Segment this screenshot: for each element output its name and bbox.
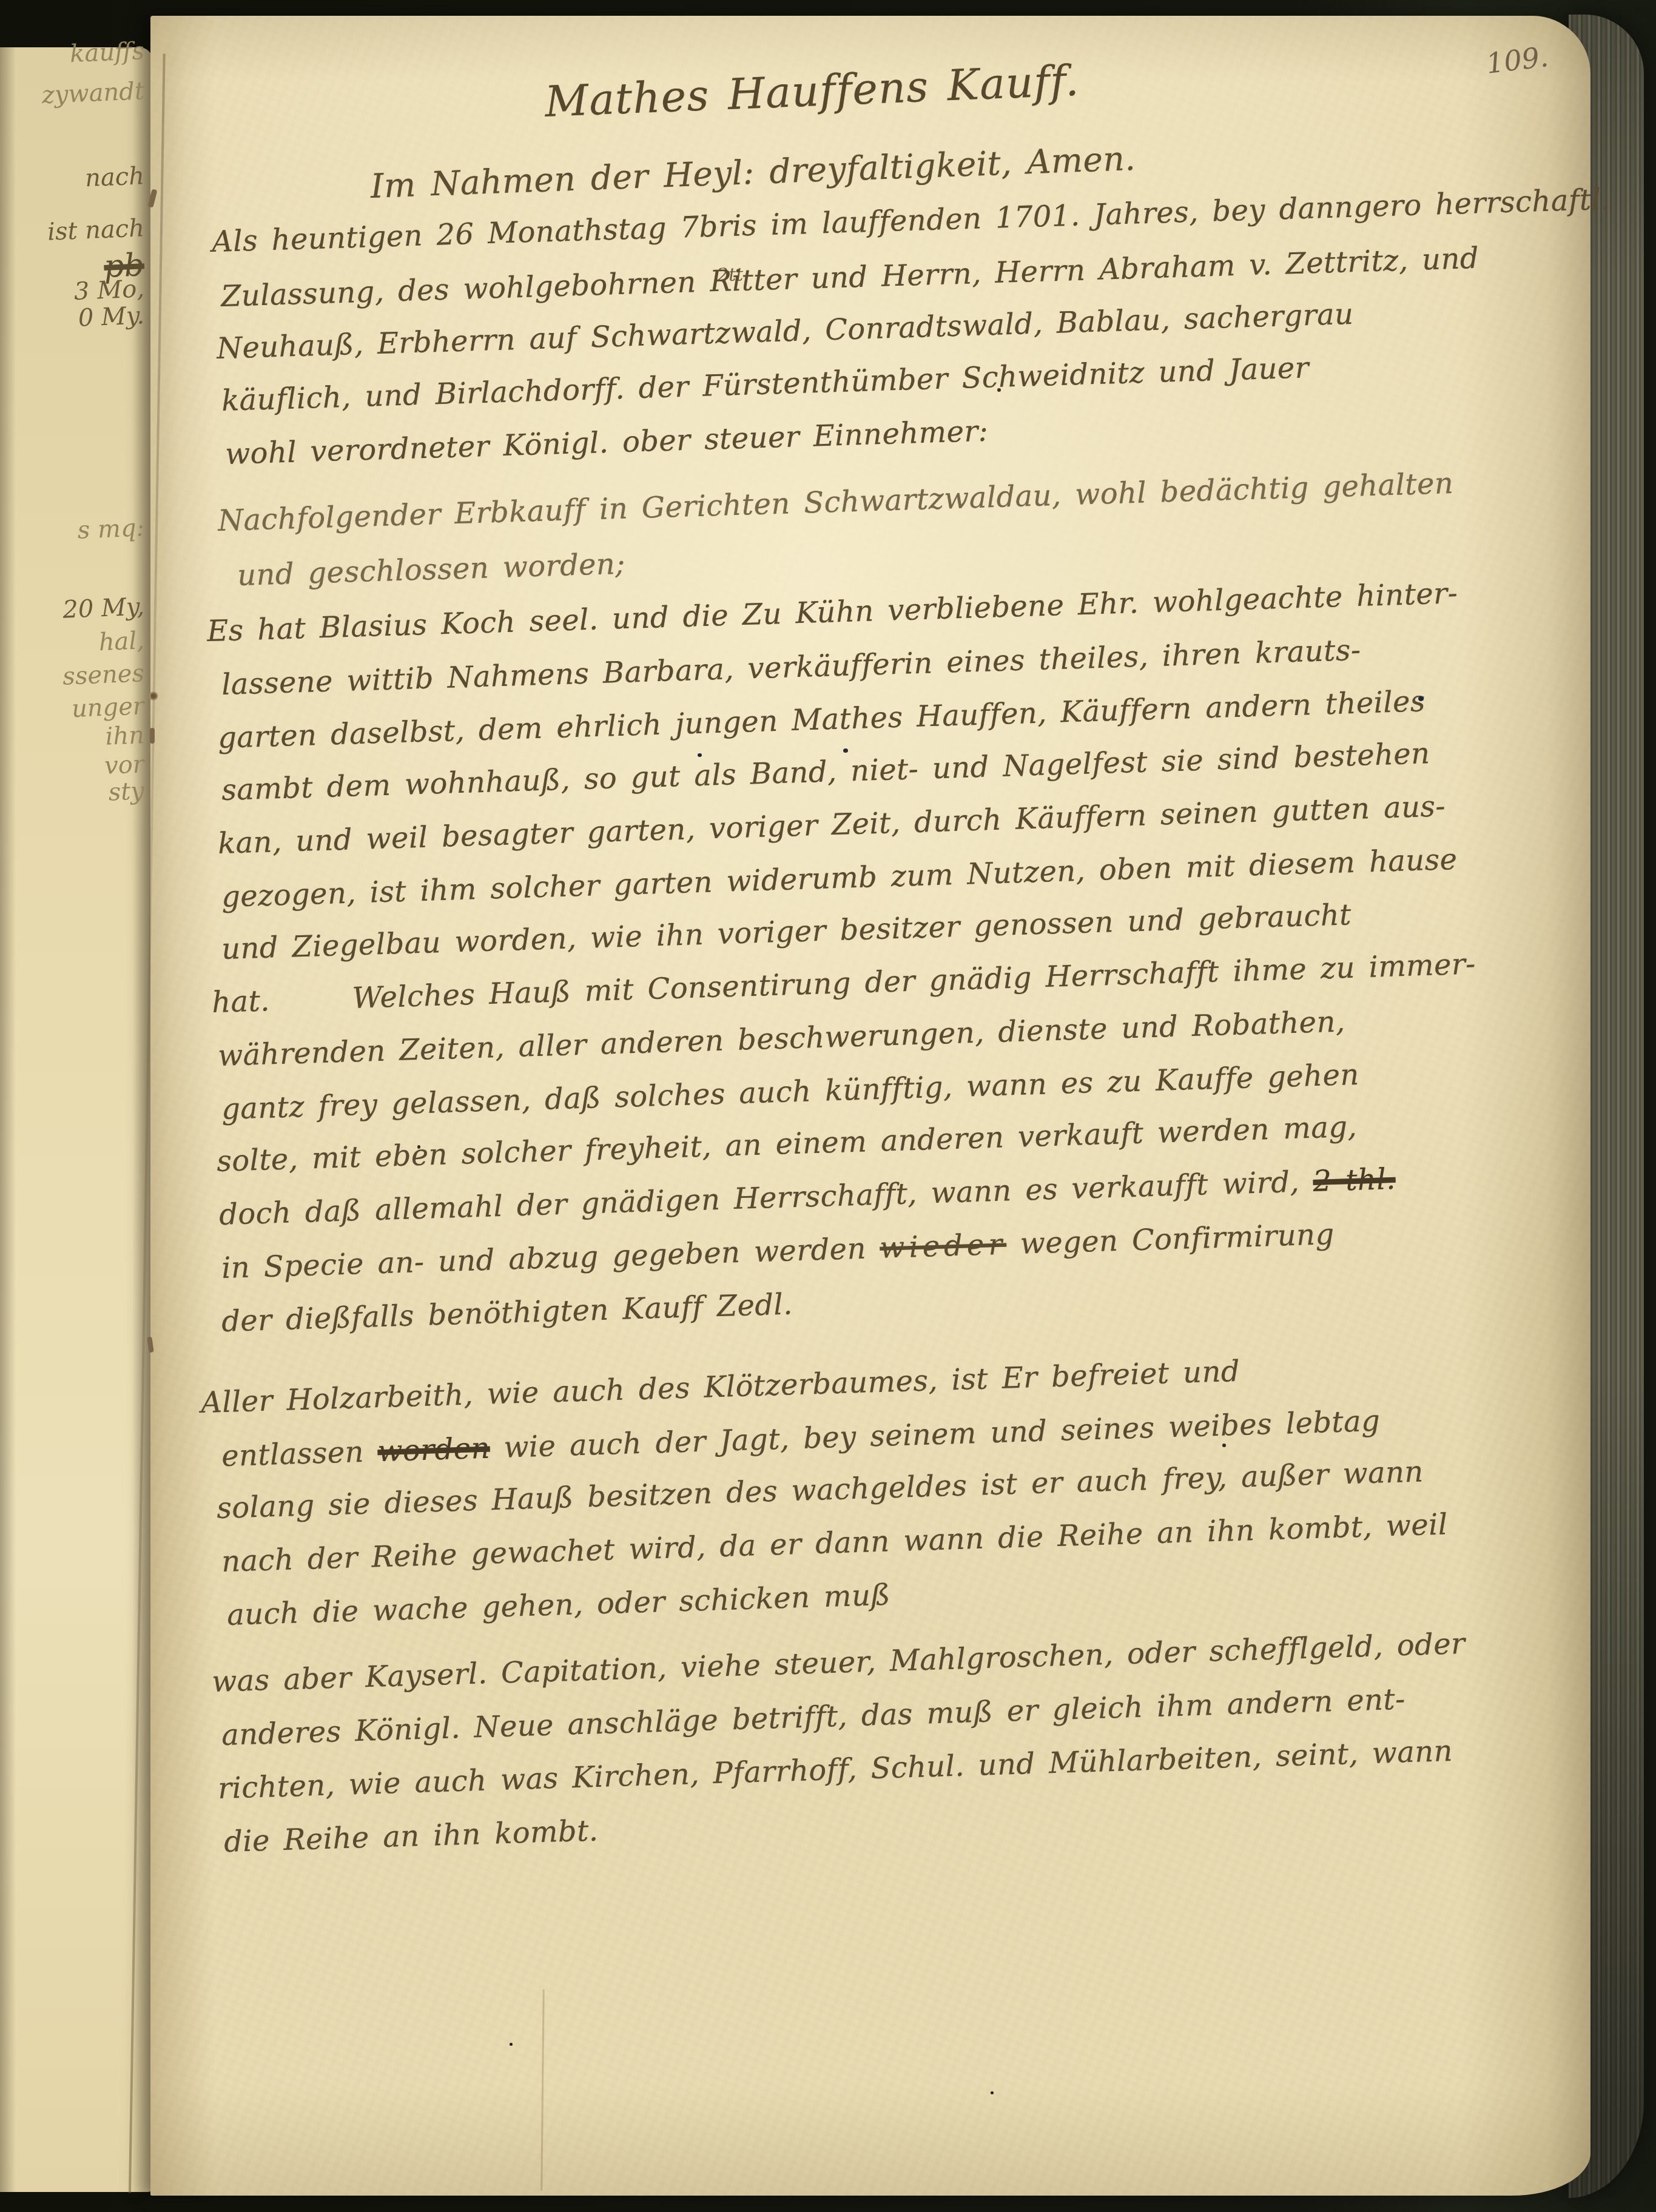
struck-text: worden bbox=[377, 1431, 491, 1469]
margin-fragment: s mq: bbox=[4, 514, 145, 548]
margin-fragment: hal, bbox=[4, 627, 145, 661]
line-text: entlassen bbox=[221, 1434, 378, 1473]
ink-blot bbox=[843, 748, 848, 753]
binding-stitch bbox=[150, 728, 155, 744]
margin-fragment: 20 My, bbox=[4, 593, 145, 627]
ink-blot bbox=[698, 753, 702, 757]
ink-blot bbox=[1418, 696, 1424, 701]
ink-blot bbox=[510, 2043, 513, 2046]
binding-stitch-hole bbox=[149, 691, 158, 701]
previous-page-edge bbox=[0, 47, 153, 2192]
margin-fragment: unger bbox=[4, 692, 145, 726]
ink-blot bbox=[417, 1145, 420, 1149]
margin-fragment: zywandt bbox=[4, 77, 145, 111]
ink-blot bbox=[997, 388, 1001, 392]
margin-fragment: 0 My. bbox=[4, 301, 145, 335]
ink-blot bbox=[991, 2091, 994, 2094]
margin-fragment: ihn bbox=[4, 721, 145, 755]
margin-fragment: ist nach bbox=[4, 214, 145, 248]
margin-fragment: kauffs bbox=[4, 37, 145, 71]
margin-fragment: nach bbox=[4, 162, 145, 196]
manuscript-scan: { "document": { "folio_number": "109.", … bbox=[0, 0, 1656, 2212]
margin-fragment: sty bbox=[4, 777, 145, 811]
struck-text: wieder bbox=[879, 1227, 1007, 1265]
struck-text: 2 thl. bbox=[1313, 1162, 1396, 1198]
ink-blot bbox=[1222, 1444, 1226, 1447]
margin-fragment: ssenes bbox=[4, 659, 145, 693]
